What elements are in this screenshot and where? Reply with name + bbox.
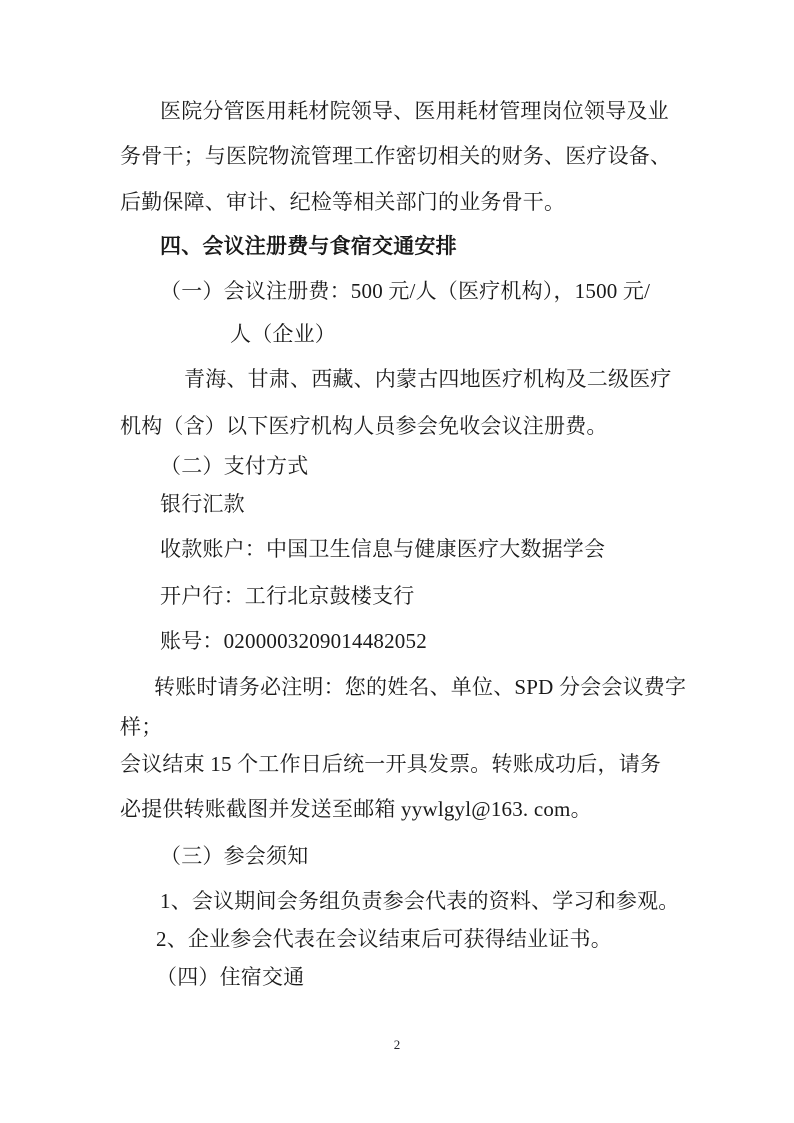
- text-line: 2、企业参会代表在会议结束后可获得结业证书。: [120, 926, 676, 964]
- document-body: 医院分管医用耗材院领导、医用耗材管理岗位领导及业务骨干；与医院物流管理工作密切相…: [120, 98, 676, 1009]
- text-line: 人（企业）: [120, 321, 676, 366]
- text-line: 后勤保障、审计、纪检等相关部门的业务骨干。: [120, 189, 676, 233]
- text-line: 样；: [120, 714, 676, 751]
- section-heading: 四、会议注册费与食宿交通安排: [120, 233, 676, 278]
- text-line: 会议结束 15 个工作日后统一开具发票。转账成功后，请务: [120, 751, 676, 796]
- text-line: 青海、甘肃、西藏、内蒙古四地医疗机构及二级医疗: [120, 366, 676, 413]
- text-line: （二）支付方式: [120, 453, 676, 491]
- text-line: 1、会议期间会务组负责参会代表的资料、学习和参观。: [120, 888, 676, 926]
- text-line: （三）参会须知: [120, 843, 676, 888]
- text-line: （一）会议注册费：500 元/人（医疗机构），1500 元/: [120, 278, 676, 321]
- text-line: 收款账户：中国卫生信息与健康医疗大数据学会: [120, 536, 676, 583]
- text-line: 务骨干；与医院物流管理工作密切相关的财务、医疗设备、: [120, 143, 676, 189]
- text-line: （四）住宿交通: [120, 964, 676, 1009]
- text-line: 转账时请务必注明：您的姓名、单位、SPD 分会会议费字: [120, 674, 676, 714]
- text-line: 账号：0200003209014482052: [120, 628, 676, 674]
- page-number: 2: [0, 1037, 794, 1053]
- text-line: 医院分管医用耗材院领导、医用耗材管理岗位领导及业: [120, 98, 676, 143]
- text-line: 机构（含）以下医疗机构人员参会免收会议注册费。: [120, 413, 676, 453]
- text-line: 开户行：工行北京鼓楼支行: [120, 583, 676, 628]
- text-line: 必提供转账截图并发送至邮箱 yywlgyl@163. com。: [120, 796, 676, 843]
- text-line: 银行汇款: [120, 491, 676, 536]
- document-page: 医院分管医用耗材院领导、医用耗材管理岗位领导及业务骨干；与医院物流管理工作密切相…: [0, 0, 794, 1123]
